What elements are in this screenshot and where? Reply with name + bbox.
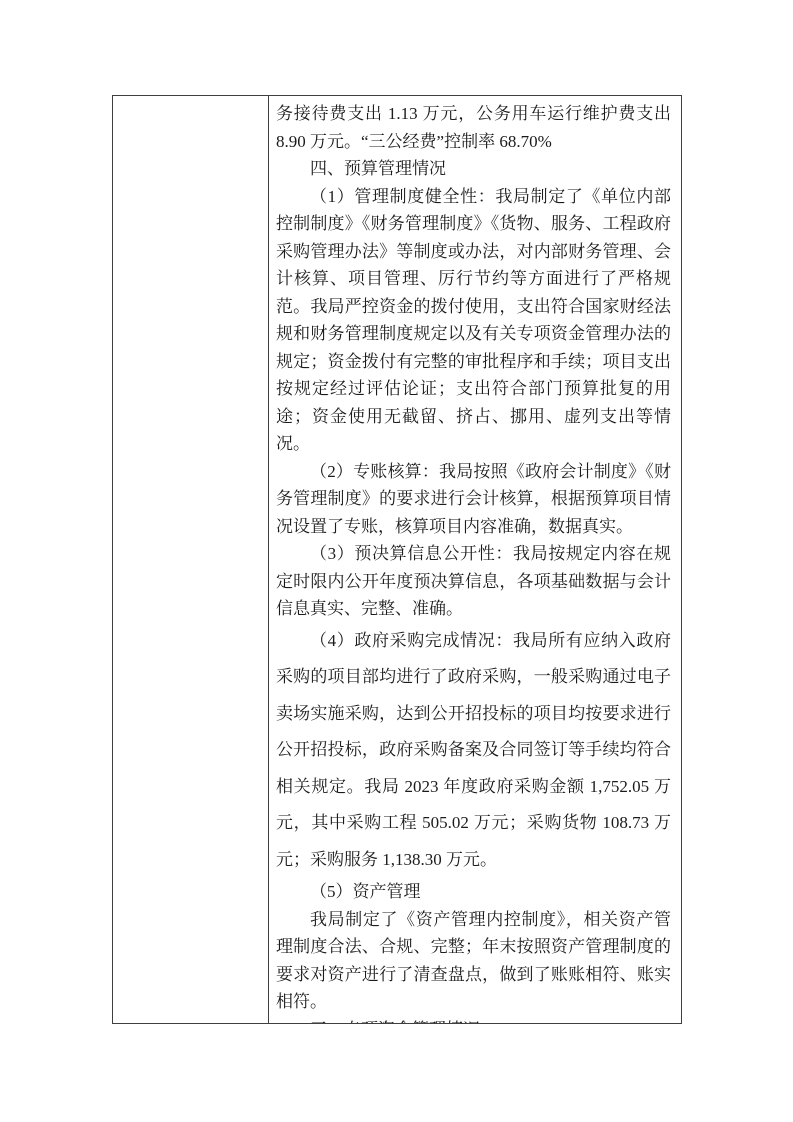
section-heading-special-funds: 五、专项资金管理情况 — [276, 1016, 671, 1024]
paragraph-asset-management-heading: （5）资产管理 — [276, 878, 671, 906]
section-heading-budget-management: 四、预算管理情况 — [276, 155, 671, 183]
document-page: 务接待费支出 1.13 万元，公务用车运行维护费支出 8.90 万元。“三公经费… — [0, 0, 793, 1122]
paragraph-budget-disclosure: （3）预决算信息公开性：我局按规定内容在规定时限内公开年度预决算信息，各项基础数… — [276, 540, 671, 623]
table-left-cell — [113, 96, 269, 1023]
paragraph-dedicated-accounting: （2）专账核算：我局按照《政府会计制度》《财务管理制度》的要求进行会计核算，根据… — [276, 458, 671, 541]
continuation-paragraph: 务接待费支出 1.13 万元，公务用车运行维护费支出 8.90 万元。“三公经费… — [276, 100, 671, 155]
paragraph-asset-management-body: 我局制定了《资产管理内控制度》，相关资产管理制度合法、合规、完整；年末按照资产管… — [276, 906, 671, 1016]
report-table: 务接待费支出 1.13 万元，公务用车运行维护费支出 8.90 万元。“三公经费… — [112, 95, 682, 1024]
paragraph-government-procurement: （4）政府采购完成情况：我局所有应纳入政府采购的项目部均进行了政府采购，一般采购… — [276, 623, 671, 879]
paragraph-management-system: （1）管理制度健全性：我局制定了《单位内部控制制度》《财务管理制度》《货物、服务… — [276, 183, 671, 458]
table-right-cell: 务接待费支出 1.13 万元，公务用车运行维护费支出 8.90 万元。“三公经费… — [269, 96, 681, 1023]
